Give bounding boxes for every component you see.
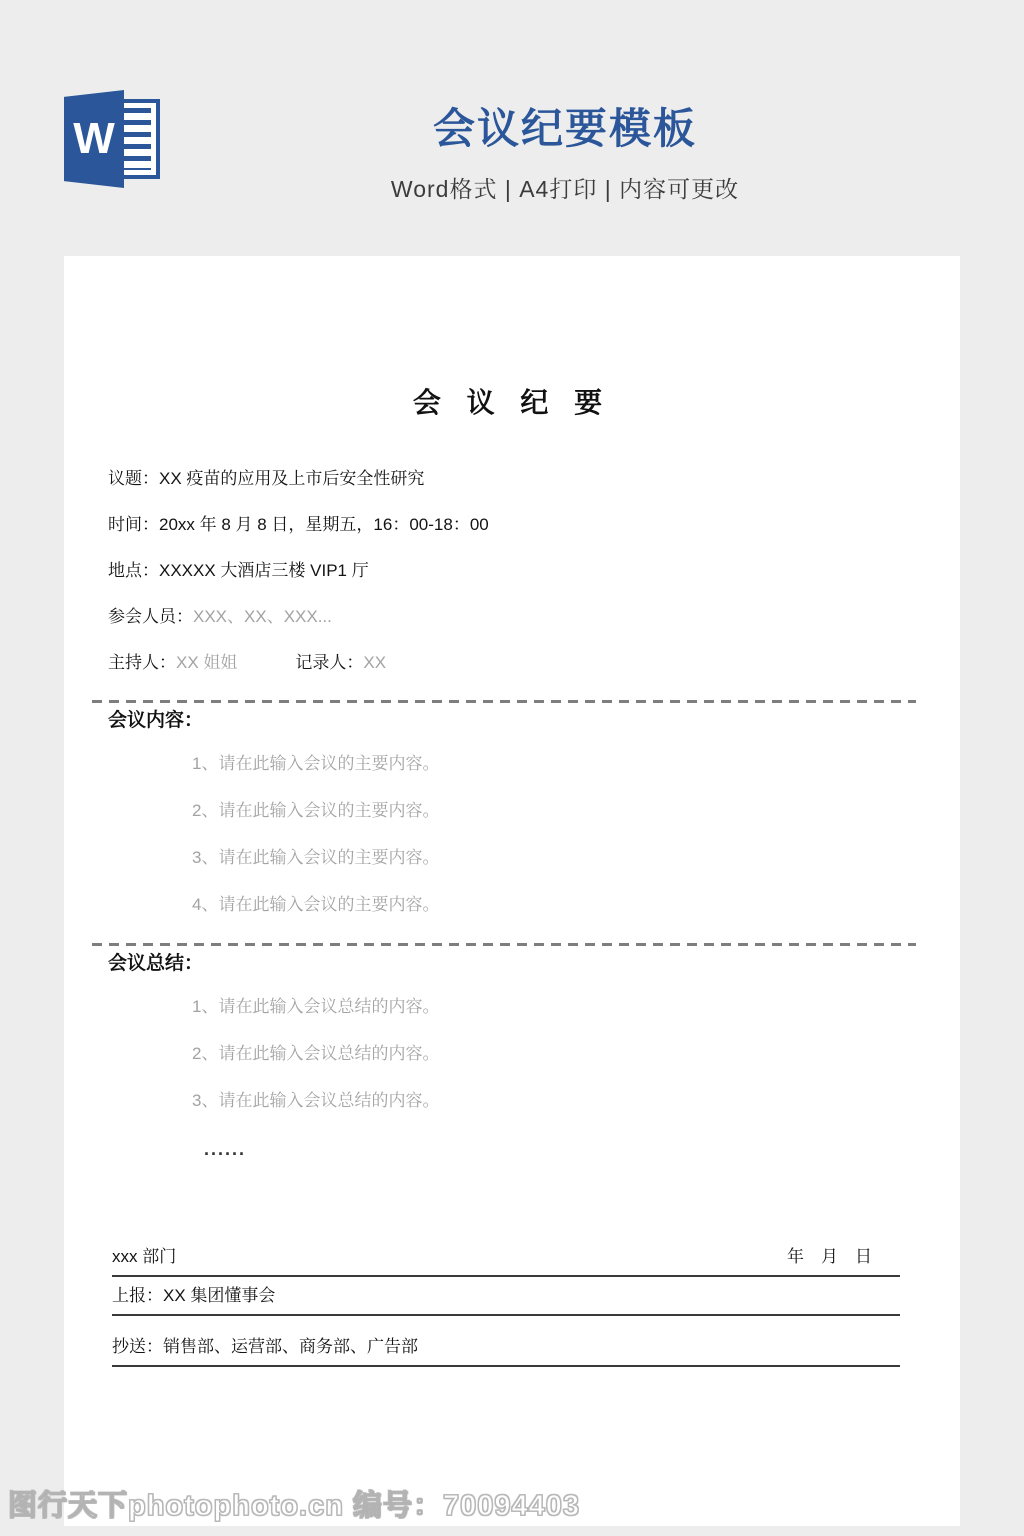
header-text-block: 会议纪要模板 Word格式 | A4打印 | 内容可更改 bbox=[106, 96, 1024, 204]
summary-section-heading: 会议总结： bbox=[108, 954, 960, 974]
signoff-report: 上报：XX 集团懂事会 bbox=[112, 1286, 275, 1305]
summary-item: 2、请在此输入会议总结的内容。 bbox=[192, 1045, 960, 1063]
dashed-divider-bottom bbox=[92, 943, 916, 946]
field-host-recorder: 主持人：XX 姐姐记录人：XX bbox=[108, 654, 960, 672]
field-host-label: 主持人： bbox=[108, 653, 176, 672]
document-page: 会 议 纪 要 议题：XX 疫苗的应用及上市后安全性研究 时间：20xx 年 8… bbox=[64, 256, 960, 1526]
field-host-value: XX 姐姐 bbox=[176, 653, 237, 672]
template-subtitle: Word格式 | A4打印 | 内容可更改 bbox=[106, 171, 1024, 204]
field-topic: 议题：XX 疫苗的应用及上市后安全性研究 bbox=[108, 470, 960, 488]
field-location-value: XXXXX 大酒店三楼 VIP1 厅 bbox=[159, 561, 369, 580]
signoff-date: 年 月 日 bbox=[787, 1248, 900, 1266]
signoff-department: xxx 部门 bbox=[112, 1248, 176, 1266]
signoff-block: xxx 部门 年 月 日 上报：XX 集团懂事会 抄送：销售部、运营部、商务部、… bbox=[112, 1248, 900, 1367]
field-attendees: 参会人员：XXX、XX、XXX... bbox=[108, 608, 960, 626]
template-preview-header: W 会议纪要模板 Word格式 | A4打印 | 内容可更改 bbox=[0, 0, 1024, 256]
field-time-value: 20xx 年 8 月 8 日，星期五，16：00-18：00 bbox=[159, 515, 489, 534]
signoff-cc-row: 抄送：销售部、运营部、商务部、广告部 bbox=[112, 1316, 900, 1367]
dashed-divider-top bbox=[92, 700, 916, 703]
meeting-info-fields: 议题：XX 疫苗的应用及上市后安全性研究 时间：20xx 年 8 月 8 日，星… bbox=[64, 418, 960, 672]
summary-item: 1、请在此输入会议总结的内容。 bbox=[192, 998, 960, 1016]
field-topic-label: 议题： bbox=[108, 469, 159, 488]
field-location: 地点：XXXXX 大酒店三楼 VIP1 厅 bbox=[108, 562, 960, 580]
content-section-heading: 会议内容： bbox=[108, 711, 960, 731]
signoff-report-row: 上报：XX 集团懂事会 bbox=[112, 1277, 900, 1316]
field-attendees-label: 参会人员： bbox=[108, 607, 193, 626]
field-topic-value: XX 疫苗的应用及上市后安全性研究 bbox=[159, 469, 424, 488]
field-recorder-value: XX bbox=[363, 653, 386, 672]
content-item: 3、请在此输入会议的主要内容。 bbox=[192, 849, 960, 867]
summary-item: 3、请在此输入会议总结的内容。 bbox=[192, 1092, 960, 1110]
summary-ellipsis: ...... bbox=[204, 1140, 960, 1158]
content-item: 4、请在此输入会议的主要内容。 bbox=[192, 896, 960, 914]
content-item: 2、请在此输入会议的主要内容。 bbox=[192, 802, 960, 820]
site-watermark: 图行天下photophoto.cn 编号：70094403 bbox=[8, 1483, 580, 1524]
document-title: 会 议 纪 要 bbox=[64, 256, 960, 418]
field-location-label: 地点： bbox=[108, 561, 159, 580]
content-section-items: 1、请在此输入会议的主要内容。 2、请在此输入会议的主要内容。 3、请在此输入会… bbox=[64, 731, 960, 914]
content-item: 1、请在此输入会议的主要内容。 bbox=[192, 755, 960, 773]
template-title: 会议纪要模板 bbox=[106, 96, 1024, 156]
signoff-department-row: xxx 部门 年 月 日 bbox=[112, 1248, 900, 1277]
field-recorder-label: 记录人： bbox=[295, 653, 363, 672]
field-time-label: 时间： bbox=[108, 515, 159, 534]
field-attendees-value: XXX、XX、XXX... bbox=[193, 607, 332, 626]
signoff-cc: 抄送：销售部、运营部、商务部、广告部 bbox=[112, 1337, 418, 1356]
field-time: 时间：20xx 年 8 月 8 日，星期五，16：00-18：00 bbox=[108, 516, 960, 534]
summary-section-items: 1、请在此输入会议总结的内容。 2、请在此输入会议总结的内容。 3、请在此输入会… bbox=[64, 974, 960, 1110]
